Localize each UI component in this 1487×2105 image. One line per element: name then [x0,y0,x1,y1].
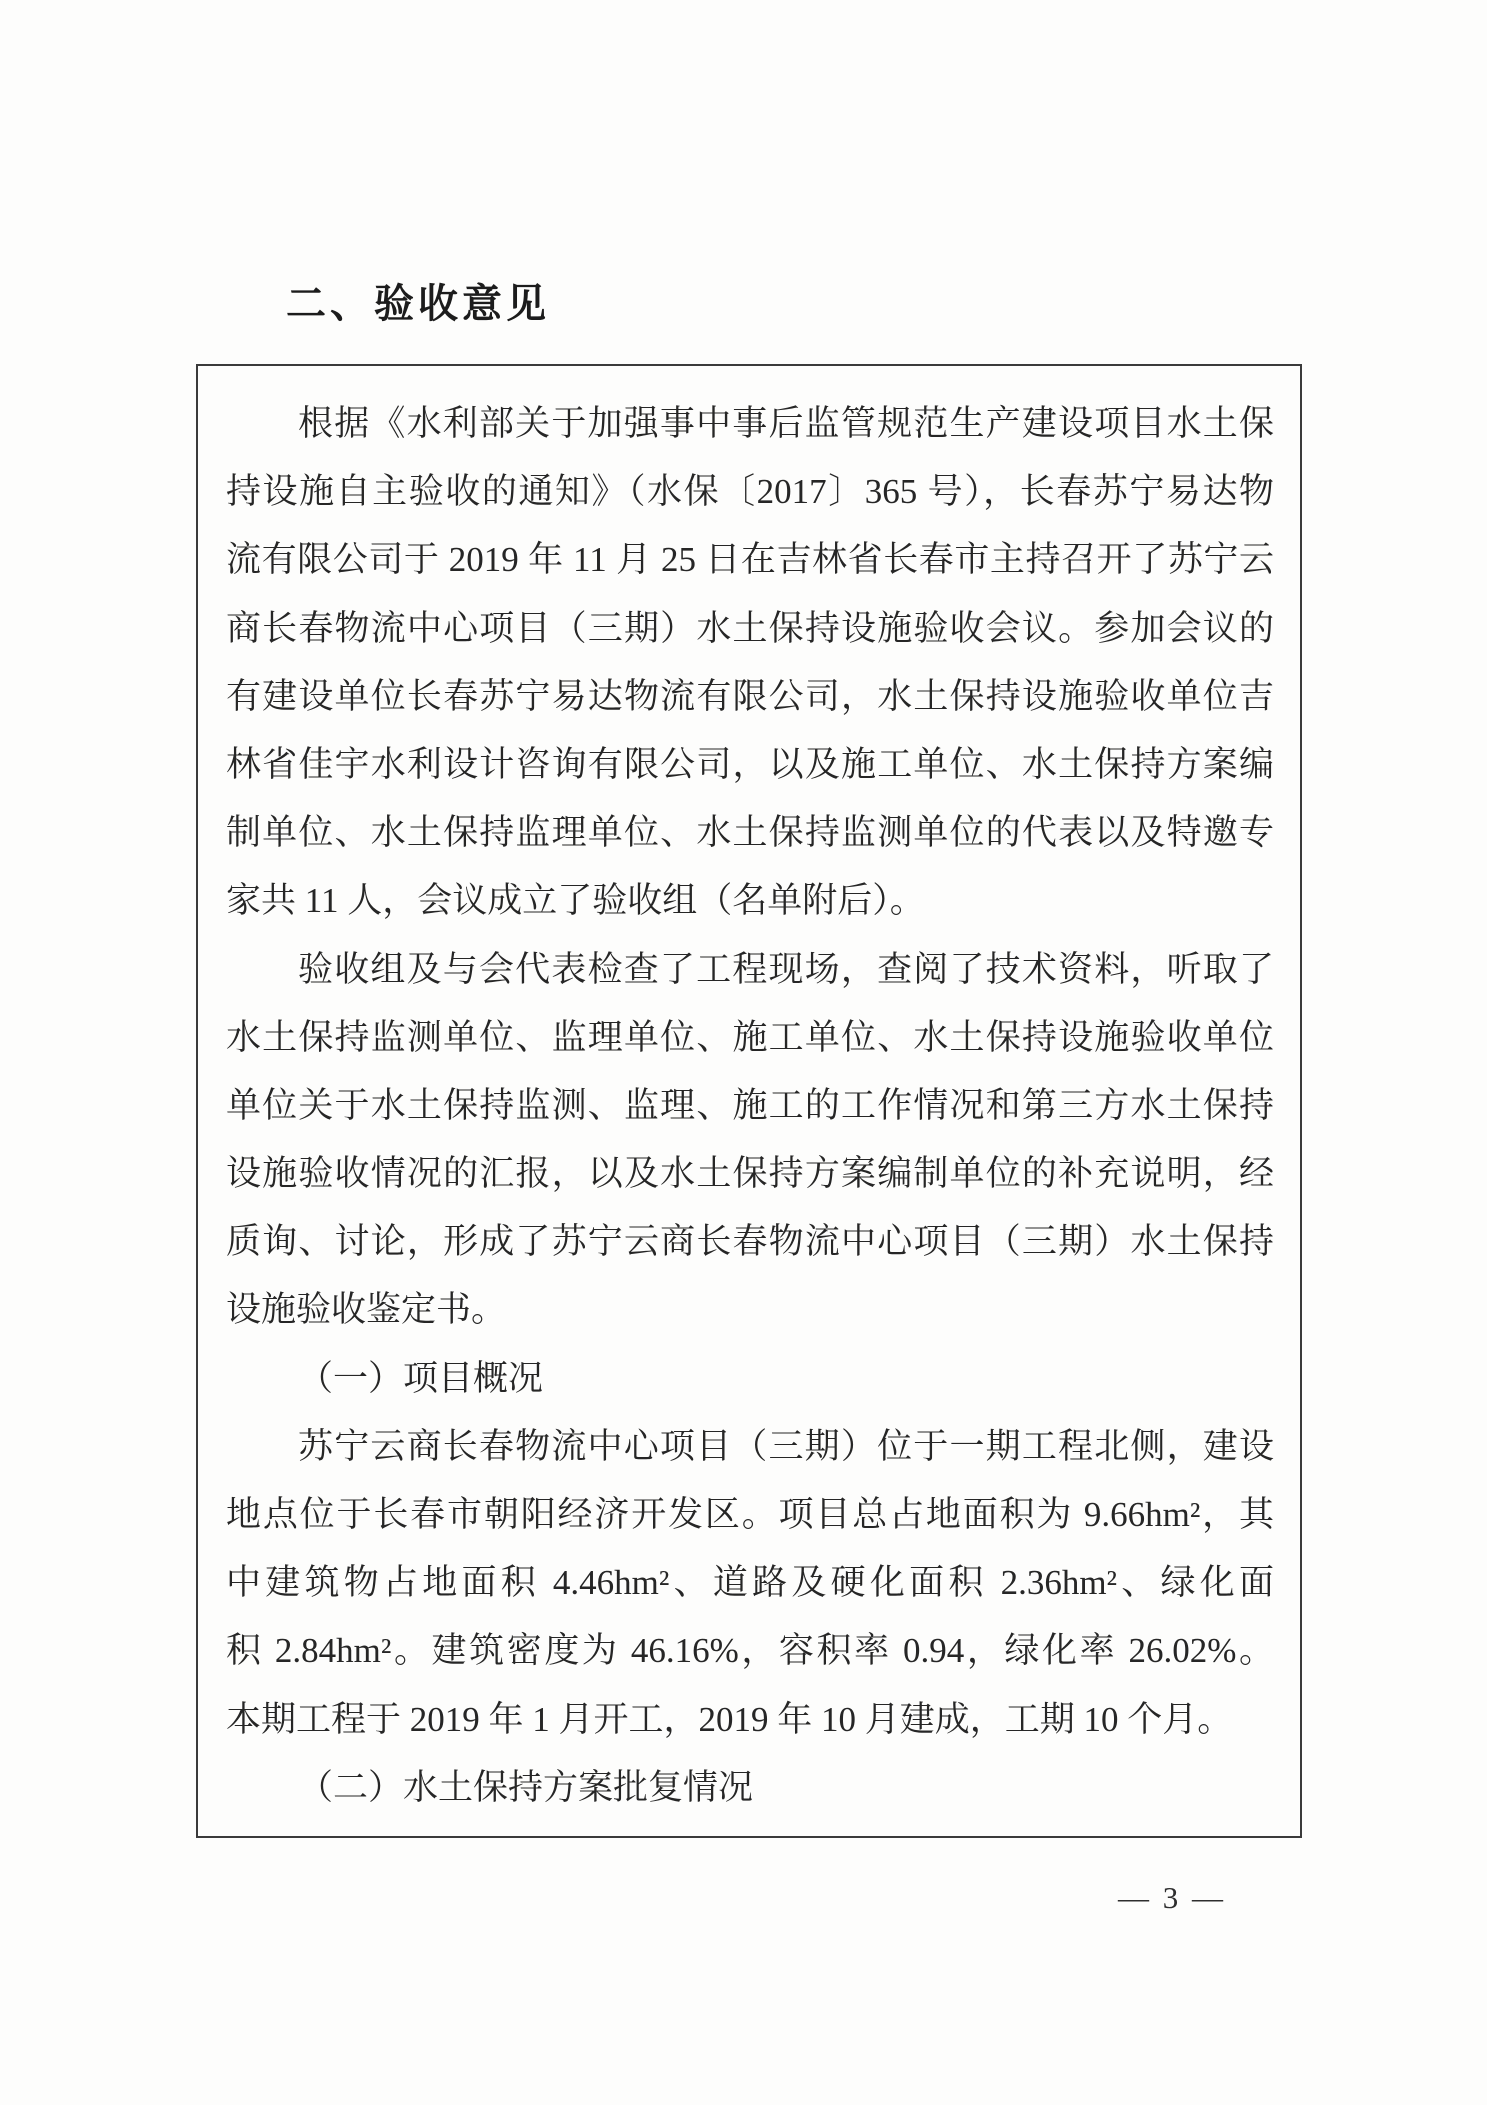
text-line: 设施验收鉴定书。 [226,1276,1274,1344]
text-line: 验收组及与会代表检查了工程现场，查阅了技术资料，听取了 [226,936,1274,1004]
text-line: 有建设单位长春苏宁易达物流有限公司，水土保持设施验收单位吉 [226,663,1274,731]
text-line: 商长春物流中心项目（三期）水土保持设施验收会议。参加会议的 [226,595,1274,663]
text-line: 单位关于水土保持监测、监理、施工的工作情况和第三方水土保持 [226,1072,1274,1140]
content-box: 根据《水利部关于加强事中事后监管规范生产建设项目水土保 持设施自主验收的通知》（… [196,364,1302,1838]
text-line: 水土保持监测单位、监理单位、施工单位、水土保持设施验收单位 [226,1004,1274,1072]
text-line: 设施验收情况的汇报，以及水土保持方案编制单位的补充说明，经 [226,1140,1274,1208]
text-line: 积 2.84hm²。建筑密度为 46.16%，容积率 0.94，绿化率 26.0… [226,1617,1274,1685]
text-line: 质询、讨论，形成了苏宁云商长春物流中心项目（三期）水土保持 [226,1208,1274,1276]
text-line: 家共 11 人，会议成立了验收组（名单附后）。 [226,867,1274,935]
text-line: 中建筑物占地面积 4.46hm²、道路及硬化面积 2.36hm²、绿化面 [226,1549,1274,1617]
section-title: 二、验收意见 [286,272,550,329]
text-line: 持设施自主验收的通知》（水保〔2017〕365 号），长春苏宁易达物 [226,458,1274,526]
text-line: 地点位于长春市朝阳经济开发区。项目总占地面积为 9.66hm²，其 [226,1481,1274,1549]
text-line: 林省佳宇水利设计咨询有限公司，以及施工单位、水土保持方案编 [226,731,1274,799]
text-line: 本期工程于 2019 年 1 月开工，2019 年 10 月建成，工期 10 个… [226,1686,1274,1754]
text-line: （二）水土保持方案批复情况 [226,1754,1274,1822]
text-line: 制单位、水土保持监理单位、水土保持监测单位的代表以及特邀专 [226,799,1274,867]
text-line: 苏宁云商长春物流中心项目（三期）位于一期工程北侧，建设 [226,1413,1274,1481]
text-line: 流有限公司于 2019 年 11 月 25 日在吉林省长春市主持召开了苏宁云 [226,526,1274,594]
text-line: 根据《水利部关于加强事中事后监管规范生产建设项目水土保 [226,390,1274,458]
text-line: （一）项目概况 [226,1345,1274,1413]
document-page: 二、验收意见 根据《水利部关于加强事中事后监管规范生产建设项目水土保 持设施自主… [0,0,1487,2105]
page-number: — 3 — [1118,1880,1226,1916]
